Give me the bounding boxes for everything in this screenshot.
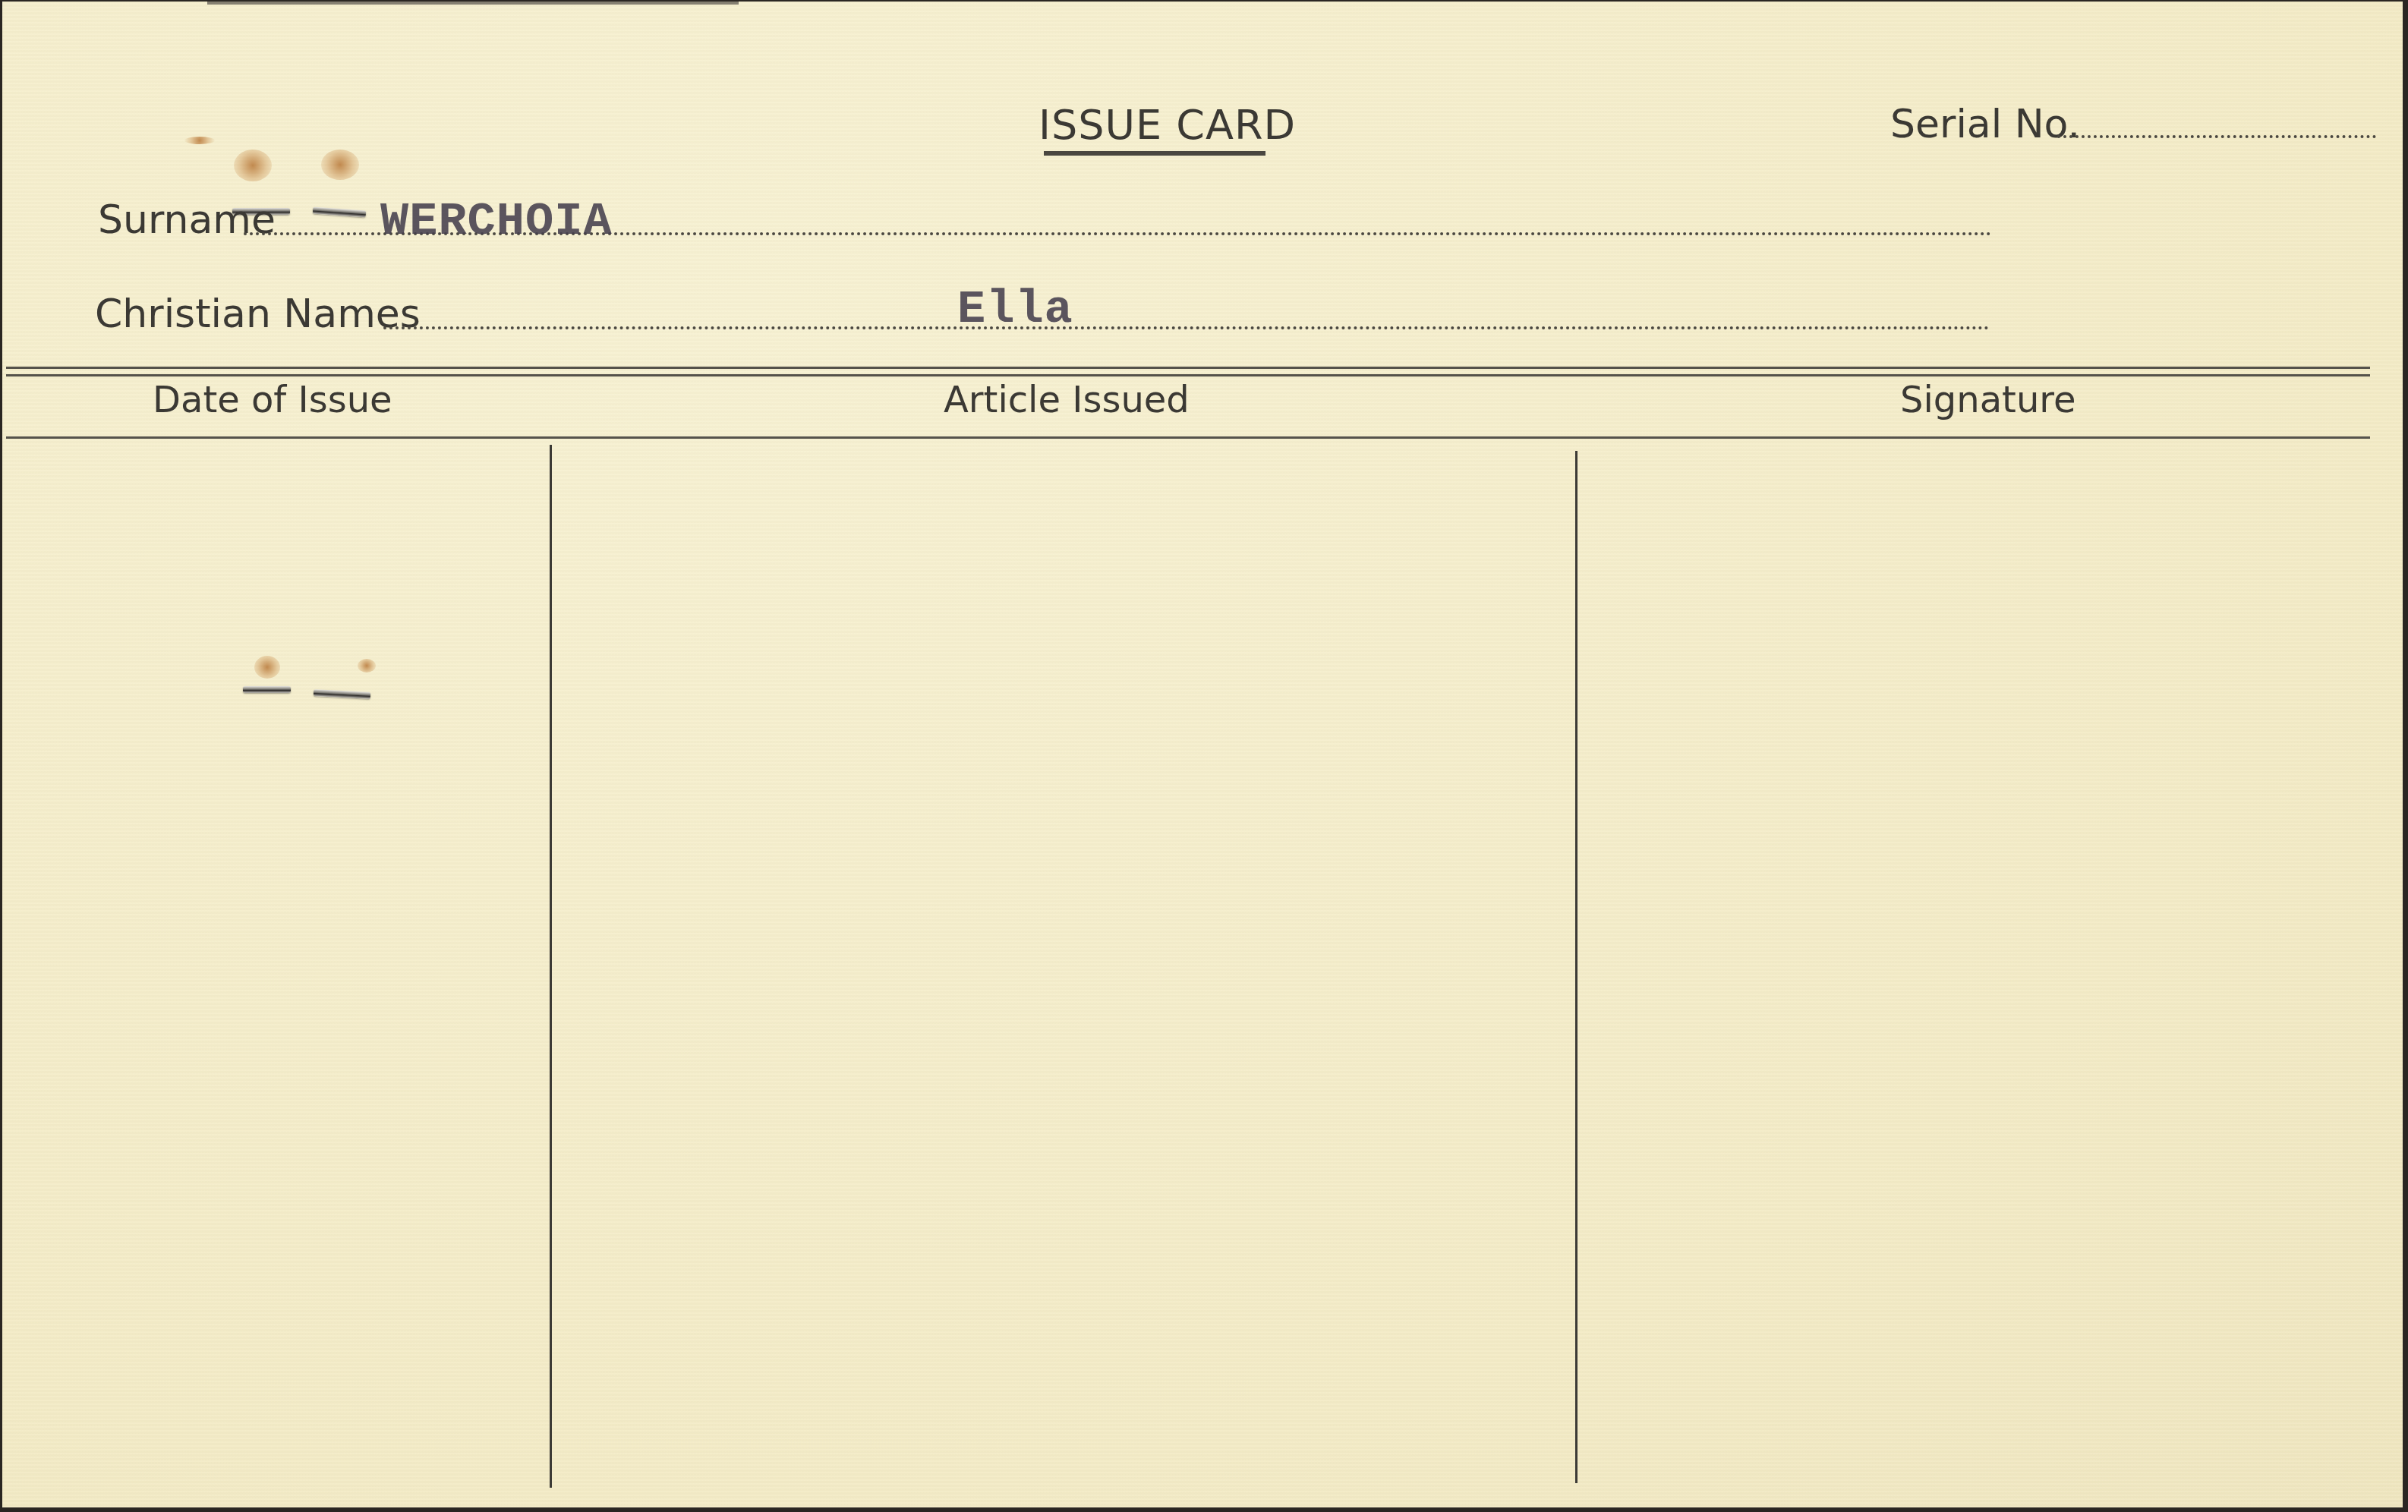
column-header-signature: Signature [1900,382,2076,418]
header-bottom-rule [6,436,2370,439]
article-issued-column[interactable] [553,445,1574,1488]
christian-names-field-line [383,326,1990,329]
column-header-date-of-issue: Date of Issue [153,382,392,418]
staple-icon [313,207,366,218]
rust-stain [321,150,359,180]
column-divider [550,445,552,1488]
date-of-issue-column[interactable] [6,445,548,1488]
column-header-article-issued: Article Issued [944,382,1190,418]
title-underline [1044,151,1265,156]
header-double-rule-bottom [6,374,2370,376]
card-title: ISSUE CARD [1039,105,1296,146]
serial-number-label: Serial No. [1890,105,2080,144]
scan-edge-shadow [207,2,739,5]
rust-stain [184,137,215,144]
christian-names-label: Christian Names [95,295,421,334]
signature-column[interactable] [1579,451,2370,1483]
christian-names-value[interactable]: Ella [957,286,1073,333]
column-divider [1575,451,1577,1483]
rust-stain [234,150,272,181]
surname-value[interactable]: WERCHOIA [380,198,613,245]
serial-number-field[interactable] [2057,135,2376,138]
issue-card: ISSUE CARD Serial No. Surname WERCHOIA C… [2,2,2403,1507]
header-double-rule-top [6,367,2370,369]
